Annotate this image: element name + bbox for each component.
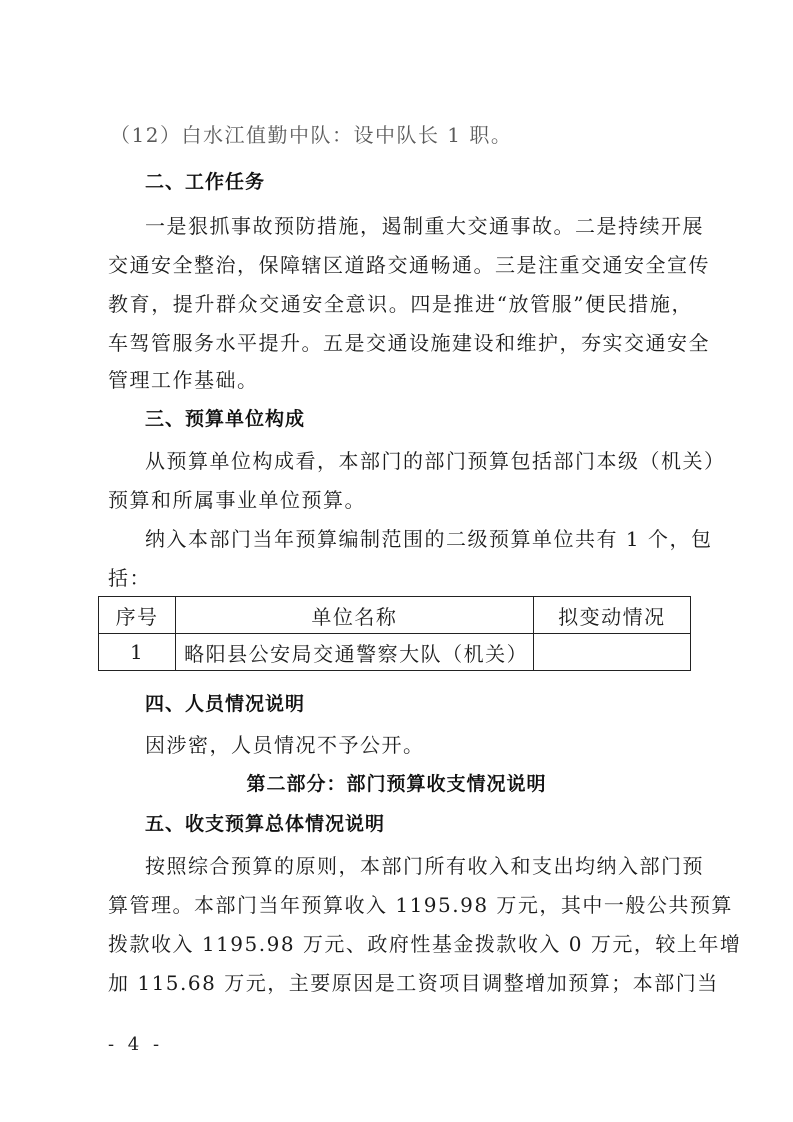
header-planned-change: 拟变动情况: [533, 597, 690, 634]
paragraph-line: 管理工作基础。: [108, 366, 693, 394]
paragraph-line: 一是狠抓事故预防措施，遏制重大交通事故。二是持续开展: [145, 212, 693, 240]
cell-planned-change: [533, 634, 690, 671]
paragraph-line: 预算和所属事业单位预算。: [108, 486, 693, 514]
cell-unit-name: 略阳县公安局交通警察大队（机关）: [176, 634, 534, 671]
paragraph-line: 纳入本部门当年预算编制范围的二级预算单位共有 1 个，包: [145, 525, 693, 553]
cell-serial-number: 1: [99, 634, 176, 671]
paragraph-line: 拨款收入 1195.98 万元、政府性基金拨款收入 0 万元，较上年增: [108, 930, 693, 958]
section-heading-budget-units: 三、预算单位构成: [145, 405, 305, 433]
paragraph-line: 教育，提升群众交通安全意识。四是推进“放管服”便民措施，: [108, 290, 693, 318]
table-row: 1 略阳县公安局交通警察大队（机关）: [99, 634, 691, 671]
paragraph-line: 算管理。本部门当年预算收入 1195.98 万元，其中一般公共预算: [108, 891, 693, 919]
section-heading-work-tasks: 二、工作任务: [145, 168, 265, 196]
header-serial-number: 序号: [99, 597, 176, 634]
section-heading-personnel: 四、人员情况说明: [145, 690, 305, 718]
paragraph-line: 交通安全整治，保障辖区道路交通畅通。三是注重交通安全宣传: [108, 251, 693, 279]
paragraph-line: 车驾管服务水平提升。五是交通设施建设和维护，夯实交通安全: [108, 329, 693, 357]
personnel-text: 因涉密，人员情况不予公开。: [145, 731, 730, 759]
paragraph-line: 从预算单位构成看，本部门的部门预算包括部门本级（机关）: [145, 447, 693, 475]
part-two-title: 第二部分：部门预算收支情况说明: [0, 770, 793, 798]
budget-units-table: 序号 单位名称 拟变动情况 1 略阳县公安局交通警察大队（机关）: [98, 596, 691, 671]
item-12-text: （12）白水江值勤中队：设中队长 1 职。: [110, 121, 695, 149]
page-number: - 4 -: [108, 1034, 163, 1055]
paragraph-line: 括：: [108, 564, 693, 592]
paragraph-line: 按照综合预算的原则，本部门所有收入和支出均纳入部门预: [145, 852, 693, 880]
table-header-row: 序号 单位名称 拟变动情况: [99, 597, 691, 634]
header-unit-name: 单位名称: [176, 597, 534, 634]
document-page: （12）白水江值勤中队：设中队长 1 职。 二、工作任务 一是狠抓事故预防措施，…: [0, 0, 793, 1122]
section-heading-revenue-expenditure: 五、收支预算总体情况说明: [145, 810, 385, 838]
paragraph-line: 加 115.68 万元，主要原因是工资项目调整增加预算；本部门当: [108, 969, 693, 997]
